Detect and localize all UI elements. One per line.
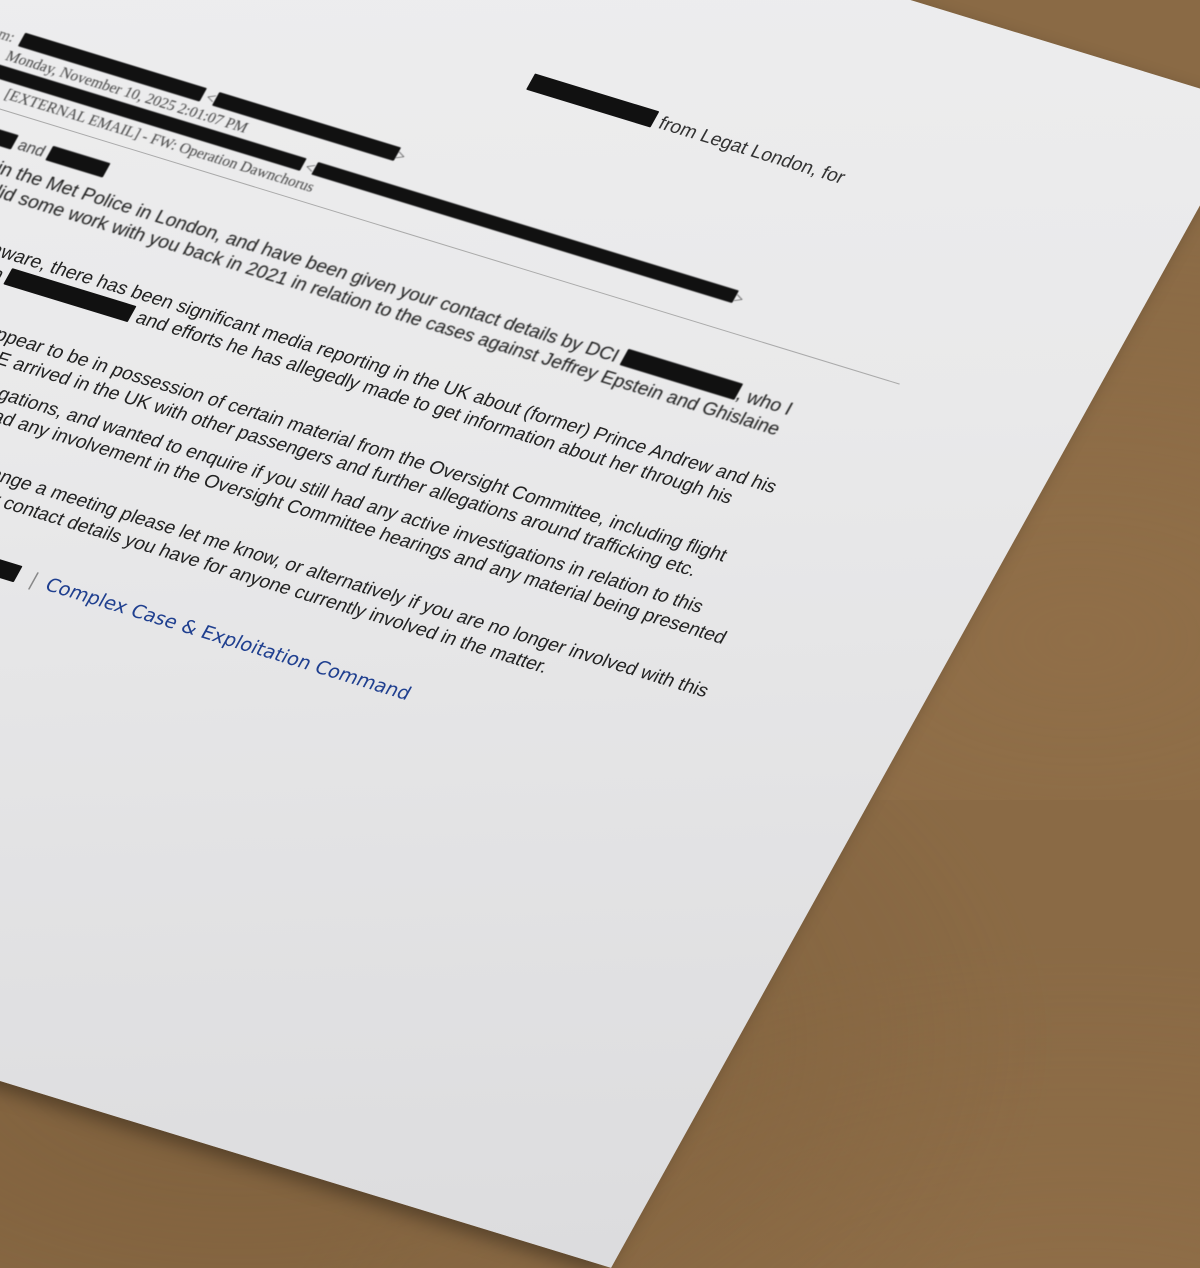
top-fragment: from Legat London, for (524, 73, 849, 189)
printed-email-page: from Legat London, for From: <> Sent: Mo… (0, 0, 1200, 800)
from-label: From: (0, 21, 18, 46)
desk-background: from Legat London, for From: <> Sent: Mo… (0, 0, 1200, 800)
greeting-joiner: and (14, 137, 48, 160)
redaction-bar (0, 118, 19, 149)
email-sheet: from Legat London, for From: <> Sent: Mo… (58, 0, 1053, 190)
redaction-bar (526, 73, 659, 127)
separator: | (25, 569, 42, 591)
top-fragment-text: from Legat London, for (655, 113, 849, 188)
